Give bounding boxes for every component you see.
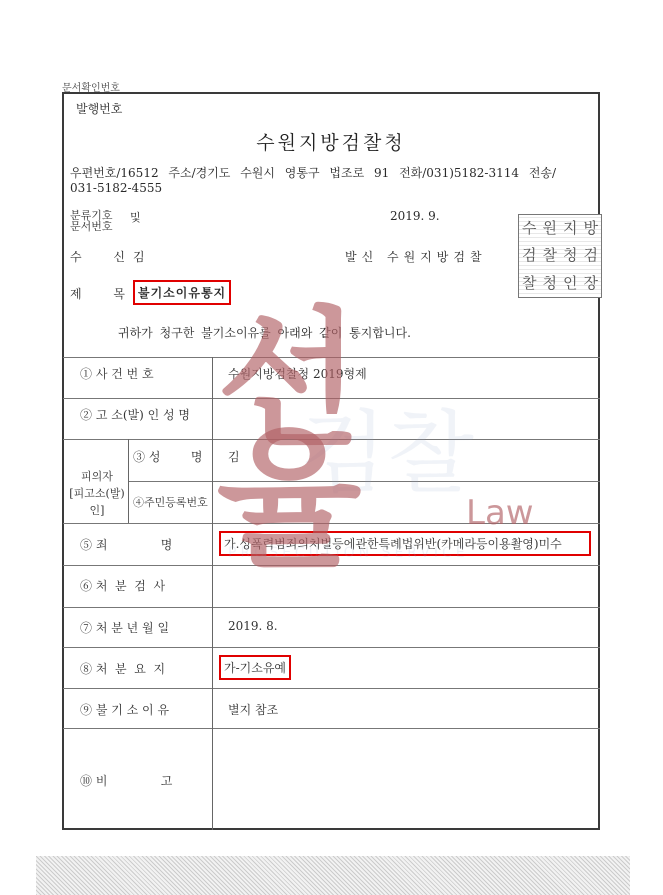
table-row-divider: [63, 398, 600, 399]
notice-text: 귀하가 청구한 불기소이유를 아래와 같이 통지합니다.: [118, 324, 411, 341]
seal-char: 장: [581, 270, 602, 297]
suspect-group-label-line2: [피고소(발)인]: [66, 485, 128, 519]
seal-char: 찰: [519, 270, 540, 297]
row-label-offense: ⑤ 죄 명: [80, 536, 172, 553]
row-value-offense: 가.성폭력범죄의처벌등에관한특례법위반(카메라등이용촬영)미수: [219, 531, 591, 556]
table-row-divider: [63, 647, 600, 648]
suspect-group-label-line1: 피의자: [66, 468, 128, 485]
seal-char: 방: [581, 215, 602, 242]
table-row-divider: [63, 439, 600, 440]
office-address: 우편번호/16512 주소/경기도 수원시 영통구 법조로 91 전화/031)…: [70, 166, 598, 196]
address-line-1: 우편번호/16512 주소/경기도 수원시 영통구 법조로 91 전화/031)…: [70, 166, 598, 181]
subject-value: 불기소이유통지: [133, 280, 231, 305]
row-label-suspect-name: ③ 성 명: [133, 448, 203, 465]
seal-char: 원: [540, 215, 561, 242]
table-column-divider: [128, 439, 129, 523]
official-seal-icon: 수 원 지 방 검 찰 청 검 찰 청 인 장: [518, 214, 602, 298]
row-label-resident-number: ④주민등록번호: [133, 494, 208, 510]
table-row-divider: [63, 607, 600, 608]
table-column-divider: [212, 357, 213, 830]
table-row-divider: [128, 481, 600, 482]
row-label-case-number: ① 사 건 번 호: [80, 365, 154, 382]
table-row-divider: [63, 565, 600, 566]
classification-label: 분류기호 문서번호: [70, 210, 113, 232]
row-label-nonprosecution-reason: ⑨ 불 기 소 이 유: [80, 701, 169, 718]
seal-char: 지: [560, 215, 581, 242]
seal-char: 찰: [540, 242, 561, 269]
row-value-suspect-name: 김: [228, 448, 240, 465]
issue-number-label: 발행번호: [76, 100, 122, 117]
seal-char: 검: [581, 242, 602, 269]
seal-char: 인: [560, 270, 581, 297]
seal-char: 검: [519, 242, 540, 269]
row-value-case-number: 수원지방검찰청 2019형제: [228, 365, 367, 382]
scan-noise-strip: [36, 856, 630, 895]
seal-char: 청: [540, 270, 561, 297]
table-row-divider: [63, 688, 600, 689]
row-label-disposition-date: ⑦ 처 분 년 월 일: [80, 619, 169, 636]
row-value-disposition-date: 2019. 8.: [228, 619, 278, 633]
classification-and: 및: [130, 209, 141, 225]
table-row-divider: [63, 357, 600, 358]
seal-char: 청: [560, 242, 581, 269]
row-label-complainant-name: ② 고 소(발) 인 성 명: [80, 406, 190, 423]
office-title: 수원지방검찰청: [62, 128, 600, 155]
sender: 발신 수원지방검찰: [345, 248, 487, 265]
suspect-group-label: 피의자 [피고소(발)인]: [66, 468, 128, 519]
subject-label: 제 목: [70, 285, 139, 302]
row-label-remarks: ⑩ 비 고: [80, 772, 172, 789]
recipient-name: 김: [133, 248, 145, 265]
row-value-nonprosecution-reason: 별지 참조: [228, 701, 278, 718]
address-line-2: 031-5182-4555: [70, 181, 598, 196]
recipient-label: 수 신: [70, 248, 139, 265]
row-label-disposition-summary: ⑧ 처 분 요 지: [80, 660, 165, 677]
table-row-divider: [63, 523, 600, 524]
document-date: 2019. 9.: [390, 209, 440, 223]
seal-char: 수: [519, 215, 540, 242]
table-row-divider: [63, 728, 600, 729]
row-label-prosecutor: ⑥ 처 분 검 사: [80, 577, 165, 594]
classification-label-line2: 문서번호: [70, 221, 113, 232]
row-value-disposition-summary: 가-기소유예: [219, 655, 291, 680]
